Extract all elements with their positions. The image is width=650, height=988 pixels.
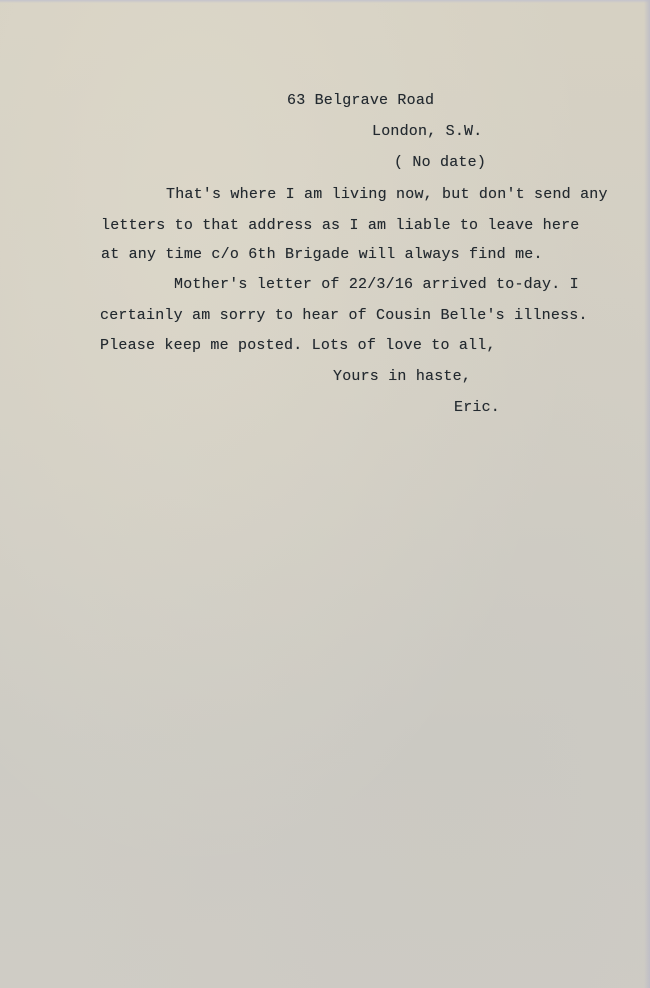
- body-line: That's where I am living now, but don't …: [166, 186, 608, 203]
- body-line: Please keep me posted. Lots of love to a…: [100, 337, 496, 354]
- address-city: London, S.W.: [372, 123, 482, 140]
- body-line: letters to that address as I am liable t…: [101, 217, 579, 234]
- body-line: certainly am sorry to hear of Cousin Bel…: [100, 307, 588, 324]
- body-line: Mother's letter of 22/3/16 arrived to-da…: [174, 276, 579, 293]
- address-street: 63 Belgrave Road: [287, 92, 434, 109]
- paper-right-edge: [644, 0, 650, 988]
- closing: Yours in haste,: [333, 368, 471, 385]
- letter-page: 63 Belgrave Road London, S.W. ( No date)…: [0, 0, 650, 988]
- paper-top-edge: [0, 0, 650, 3]
- signature: Eric.: [454, 399, 500, 416]
- letter-date: ( No date): [394, 154, 486, 171]
- body-line: at any time c/o 6th Brigade will always …: [101, 246, 543, 263]
